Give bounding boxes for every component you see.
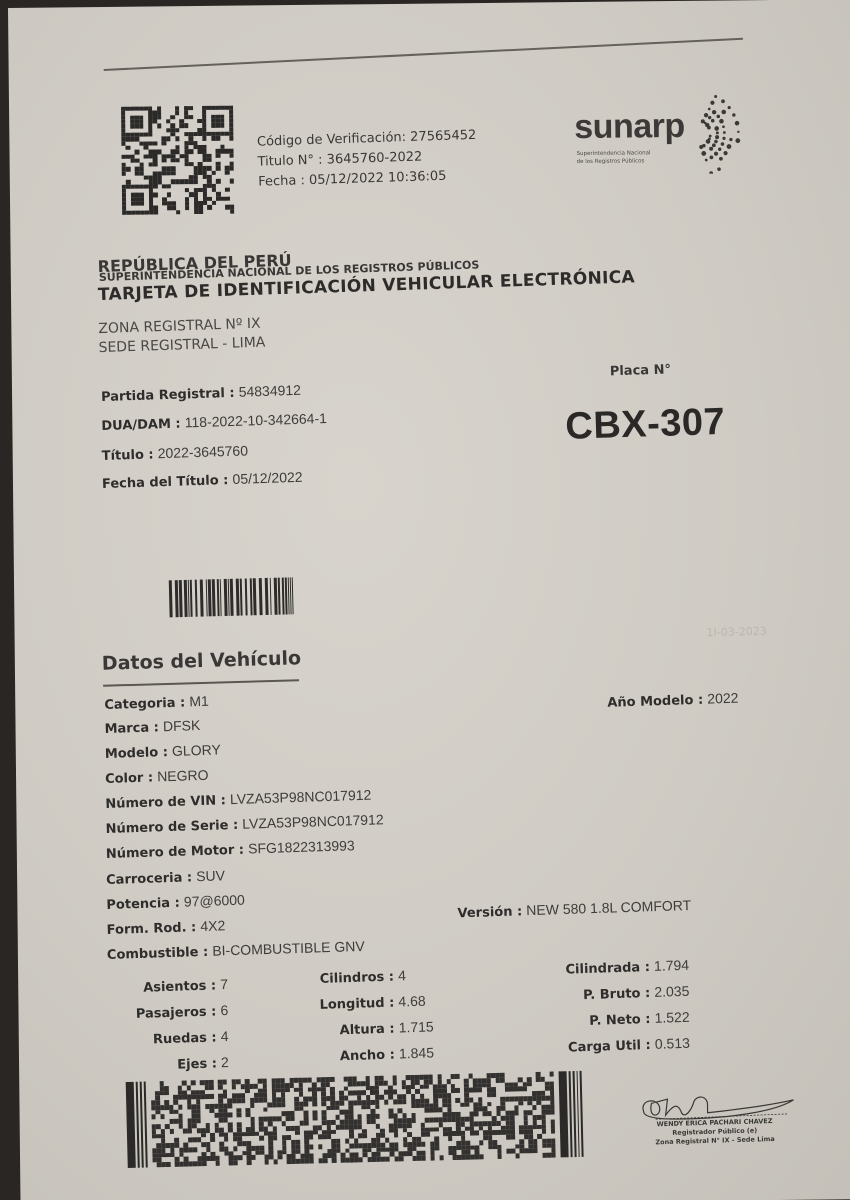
office-heading: SEDE REGISTRAL - LIMA: [98, 335, 265, 357]
p-bruto-field: P. Bruto : 2.035: [538, 982, 698, 1004]
barcode-start-pattern: [126, 1082, 148, 1168]
modelo-field: Modelo : GLORY: [105, 741, 221, 762]
titulo-field: Título : 2022-3645760: [101, 442, 248, 464]
partida-field: Partida Registral : 54834912: [101, 382, 301, 405]
date-value: 05/12/2022 10:36:05: [309, 169, 447, 188]
zone-heading: ZONA REGISTRAL Nº IX: [98, 316, 261, 337]
pdf417-barcode: [126, 1071, 584, 1168]
anio-modelo-field: Año Modelo : 2022: [607, 690, 739, 711]
vehicle-section-title: Datos del Vehículo: [102, 647, 302, 675]
pasajeros-field: Pasajeros : 6: [98, 1002, 238, 1023]
barcode-end-pattern: [559, 1071, 584, 1158]
faint-stamp: 1I-03-2023: [706, 625, 767, 640]
combustible-field: Combustible : BI-COMBUSTIBLE GNV: [107, 938, 365, 963]
document-page: Código de Verificación: 27565452 Titulo …: [8, 0, 850, 1200]
serie-field: Número de Serie : LVZA53P98NC017912: [105, 811, 384, 837]
marca-field: Marca : DFSK: [104, 717, 200, 737]
section-underline: [103, 679, 299, 686]
sunarp-logo: sunarp Superintendencia Nacional de los …: [574, 78, 765, 180]
title-number: 3645760-2022: [326, 150, 422, 168]
vin-field: Número de VIN : LVZA53P98NC017912: [105, 787, 371, 812]
dua-field: DUA/DAM : 118-2022-10-342664-1: [101, 410, 327, 434]
qr-code: [121, 106, 234, 215]
p-neto-field: P. Neto : 1.522: [538, 1008, 698, 1030]
plate-number: CBX-307: [565, 401, 726, 449]
cilindrada-field: Cilindrada : 1.794: [538, 956, 698, 978]
categoria-field: Categoria : M1: [104, 693, 209, 713]
carroceria-field: Carroceria : SUV: [106, 867, 225, 888]
date-label: Fecha :: [258, 173, 305, 189]
logo-subtitle: Superintendencia Nacional de los Registr…: [577, 149, 687, 166]
form-rod-field: Form. Rod. : 4X2: [106, 917, 225, 938]
longitud-field: Longitud : 4.68: [278, 992, 438, 1014]
ejes-field: Ejes : 2: [99, 1054, 239, 1075]
altura-field: Altura : 1.715: [278, 1018, 438, 1040]
signatory-block: WENDY ERICA PACHARI CHAVEZ Registrador P…: [644, 1117, 785, 1148]
motor-field: Número de Motor : SFG1822313993: [106, 837, 355, 862]
ancho-field: Ancho : 1.845: [279, 1044, 439, 1066]
plate-label: Placa N°: [610, 362, 672, 379]
fecha-titulo-field: Fecha del Título : 05/12/2022: [102, 469, 303, 492]
version-field: Versión : NEW 580 1.8L COMFORT: [457, 897, 691, 921]
potencia-field: Potencia : 97@6000: [106, 892, 245, 913]
asientos-field: Asientos : 7: [98, 976, 238, 997]
logo-wordmark: sunarp: [574, 107, 685, 147]
verification-block: Código de Verificación: 27565452 Titulo …: [257, 126, 478, 193]
verification-code: 27565452: [410, 128, 477, 145]
verification-code-label: Código de Verificación:: [257, 130, 406, 150]
cilindros-field: Cilindros : 4: [278, 966, 438, 988]
top-rule: [104, 38, 743, 71]
barcode-matrix: [151, 1072, 556, 1168]
color-field: Color : NEGRO: [105, 767, 209, 787]
barcode: [169, 577, 313, 617]
title-number-label: Titulo N° :: [257, 153, 322, 170]
carga-util-field: Carga Util : 0.513: [539, 1034, 699, 1056]
ruedas-field: Ruedas : 4: [99, 1028, 239, 1049]
